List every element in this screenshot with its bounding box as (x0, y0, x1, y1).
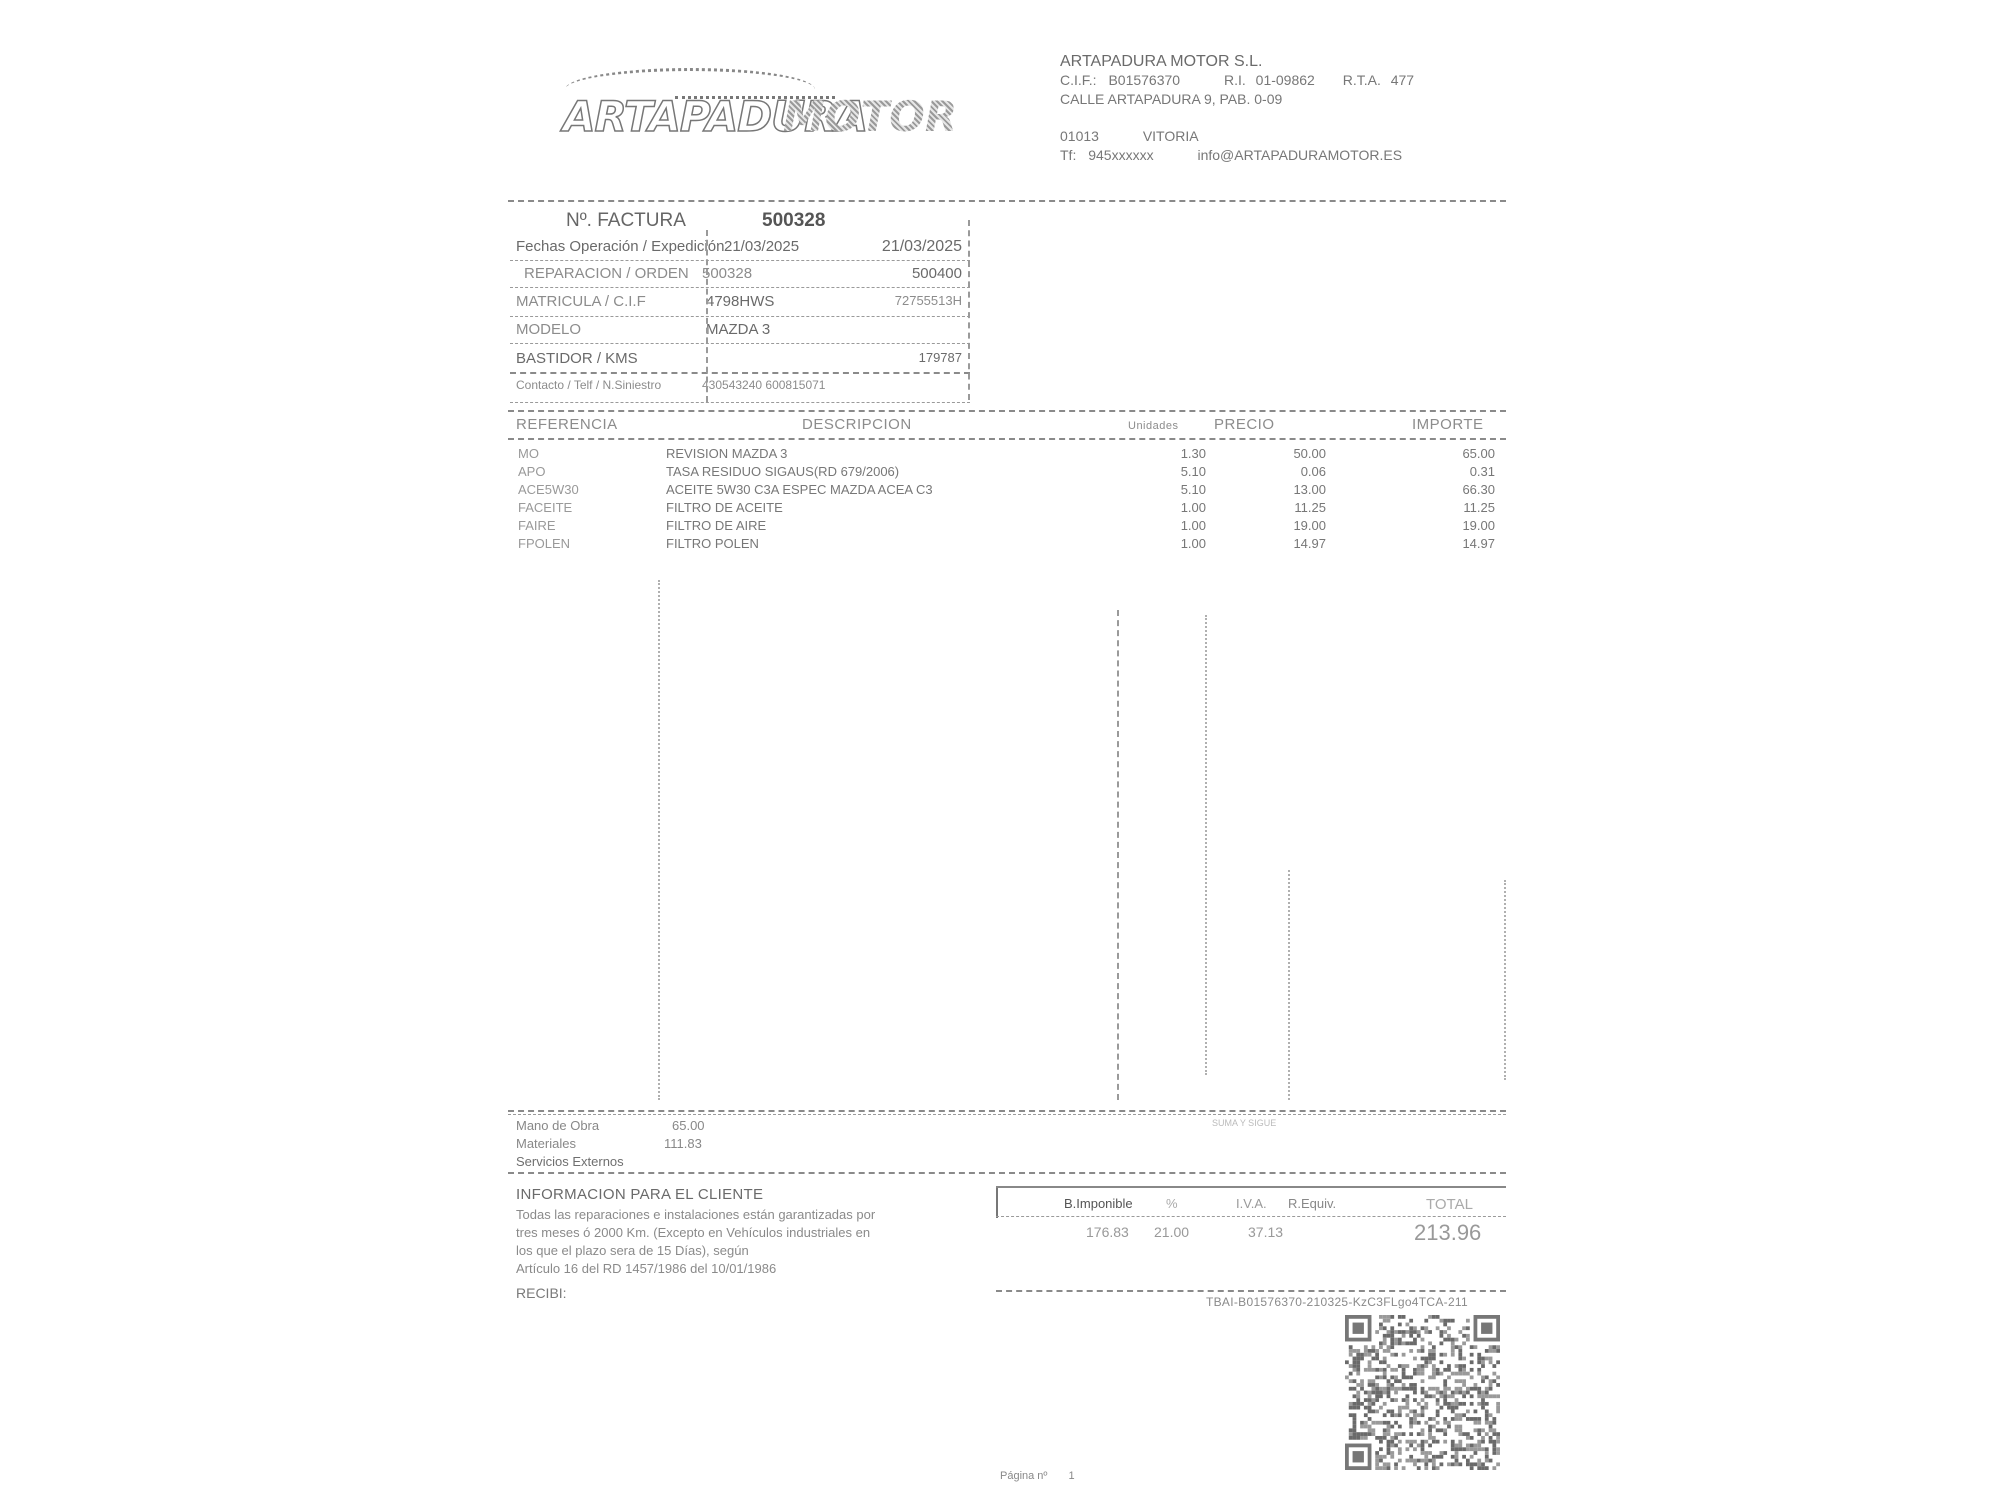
divider (658, 580, 660, 1100)
table-top-rule (508, 410, 1506, 412)
ri-label: R.I. (1224, 71, 1246, 90)
client-cif: 72755513H (895, 293, 962, 308)
materials-label: Materiales (516, 1136, 576, 1151)
postal-code: 01013 (1060, 127, 1099, 146)
price-cell: 11.25 (1212, 500, 1326, 515)
company-city-row: 01013 VITORIA (1060, 127, 1414, 146)
description-cell: FILTRO DE ACEITE (666, 500, 783, 515)
divider (996, 1186, 1506, 1188)
tbai-code: TBAI-B01576370-210325-KzC3FLgo4TCA-211 (1206, 1295, 1468, 1309)
units-cell: 1.00 (1122, 518, 1206, 533)
description-cell: TASA RESIDUO SIGAUS(RD 679/2006) (666, 464, 899, 479)
chassis-label: BASTIDOR / KMS (516, 350, 638, 367)
company-phone: 945xxxxxx (1088, 146, 1153, 165)
description-cell: FILTRO POLEN (666, 536, 759, 551)
page-number: Página nº 1 (1000, 1470, 1075, 1482)
external-label: Servicios Externos (516, 1154, 624, 1169)
base-amount: 176.83 (1086, 1224, 1129, 1240)
company-cif: B01576370 (1108, 71, 1180, 90)
dates-row: Fechas Operación / Expedición 21/03/2025… (510, 234, 970, 260)
col-header-units: Unidades (1128, 420, 1178, 432)
equiv-label: R.Equiv. (1288, 1196, 1336, 1211)
table-bottom-rule (508, 1110, 1506, 1112)
pct-label: % (1166, 1196, 1178, 1211)
phone-label: Tf: (1060, 146, 1076, 165)
company-email: info@ARTAPADURAMOTOR.ES (1197, 146, 1402, 165)
page-value: 1 (1069, 1470, 1075, 1482)
company-address: CALLE ARTAPADURA 9, PAB. 0-09 (1060, 90, 1414, 109)
amount-cell: 65.00 (1390, 446, 1495, 461)
table-row: APOTASA RESIDUO SIGAUS(RD 679/2006)5.100… (510, 464, 1505, 482)
repair-row: REPARACION / ORDEN 500328 500400 (510, 261, 970, 287)
units-cell: 1.00 (1122, 500, 1206, 515)
table-row: FPOLENFILTRO POLEN1.0014.9714.97 (510, 536, 1505, 554)
reference-cell: MO (518, 446, 539, 461)
col-header-description: DESCRIPCION (802, 416, 912, 433)
logo-text-secondary: MOTOR (783, 92, 957, 141)
client-info-title: INFORMACION PARA EL CLIENTE (516, 1186, 916, 1204)
divider (996, 1216, 1506, 1217)
operation-date: 21/03/2025 (724, 238, 799, 255)
divider (510, 343, 970, 344)
reference-cell: ACE5W30 (518, 482, 579, 497)
description-cell: REVISION MAZDA 3 (666, 446, 787, 461)
reference-cell: APO (518, 464, 545, 479)
rta-label: R.T.A. (1343, 71, 1381, 90)
labor-label: Mano de Obra (516, 1118, 599, 1133)
divider (968, 220, 970, 400)
company-logo: ARTAPADURA MOTOR (555, 62, 925, 142)
plate: 4798HWS (706, 293, 774, 310)
amount-cell: 19.00 (1390, 518, 1495, 533)
summary-rule (508, 1172, 1506, 1174)
invoice-number: 500328 (762, 210, 825, 232)
col-header-reference: REFERENCIA (516, 416, 618, 433)
price-cell: 50.00 (1212, 446, 1326, 461)
units-cell: 1.30 (1122, 446, 1206, 461)
divider (996, 1290, 1506, 1292)
contact-row: Contacto / Telf / N.Siniestro 430543240 … (510, 374, 970, 400)
materials-amount: 111.83 (664, 1136, 702, 1151)
divider (996, 1186, 998, 1218)
price-cell: 19.00 (1212, 518, 1326, 533)
table-bottom-rule-2 (508, 1114, 1506, 1115)
divider (510, 287, 970, 288)
vat-pct: 21.00 (1154, 1224, 1189, 1240)
base-label: B.Imponible (1064, 1196, 1133, 1211)
client-info-line: los que el plazo sera de 15 Días), según (516, 1242, 916, 1260)
reference-cell: FPOLEN (518, 536, 570, 551)
table-row: FAIREFILTRO DE AIRE1.0019.0019.00 (510, 518, 1505, 536)
repair-number: 500328 (702, 265, 752, 282)
chassis-row: BASTIDOR / KMS 179787 (510, 346, 970, 372)
description-cell: FILTRO DE AIRE (666, 518, 766, 533)
price-cell: 0.06 (1212, 464, 1326, 479)
company-contact-row: Tf: 945xxxxxx info@ARTAPADURAMOTOR.ES (1060, 146, 1414, 165)
reference-cell: FAIRE (518, 518, 556, 533)
page-label: Página nº (1000, 1470, 1047, 1482)
plate-label: MATRICULA / C.I.F (516, 293, 646, 310)
model-row: MODELO MAZDA 3 (510, 317, 970, 343)
client-info-line: tres meses ó 2000 Km. (Excepto en Vehícu… (516, 1224, 916, 1242)
company-ids: C.I.F.: B01576370 R.I. 01-09862 R.T.A. 4… (1060, 71, 1414, 90)
units-cell: 1.00 (1122, 536, 1206, 551)
client-info-line: Artículo 16 del RD 1457/1986 del 10/01/1… (516, 1260, 916, 1278)
company-ri: 01-09862 (1256, 71, 1315, 90)
totals-box: B.Imponible % I.V.A. R.Equiv. TOTAL 176.… (996, 1186, 1506, 1292)
total-amount: 213.96 (1414, 1220, 1481, 1246)
model: MAZDA 3 (706, 321, 770, 338)
invoice-number-row: Nº. FACTURA 500328 (510, 206, 970, 236)
divider (1205, 615, 1207, 1075)
vat-label: I.V.A. (1236, 1196, 1267, 1211)
contact-label: Contacto / Telf / N.Siniestro (516, 378, 661, 392)
col-header-price: PRECIO (1214, 416, 1275, 433)
kms: 179787 (919, 350, 962, 365)
labor-amount: 65.00 (672, 1118, 705, 1133)
company-header: ARTAPADURA MOTOR S.L. C.I.F.: B01576370 … (1060, 52, 1414, 165)
vat-amount: 37.13 (1248, 1224, 1283, 1240)
table-row: ACE5W30ACEITE 5W30 C3A ESPEC MAZDA ACEA … (510, 482, 1505, 500)
divider (1504, 880, 1506, 1080)
client-info: INFORMACION PARA EL CLIENTE Todas las re… (516, 1186, 916, 1302)
client-info-line: Todas las reparaciones e instalaciones e… (516, 1206, 916, 1224)
sum-label: SUMA Y SIGUE (1212, 1118, 1276, 1128)
cif-label: C.I.F.: (1060, 71, 1097, 90)
units-cell: 5.10 (1122, 464, 1206, 479)
amount-cell: 66.30 (1390, 482, 1495, 497)
amount-cell: 11.25 (1390, 500, 1495, 515)
units-cell: 5.10 (1122, 482, 1206, 497)
model-label: MODELO (516, 321, 581, 338)
amount-cell: 14.97 (1390, 536, 1495, 551)
total-label: TOTAL (1426, 1196, 1473, 1213)
company-name: ARTAPADURA MOTOR S.L. (1060, 52, 1414, 71)
col-header-amount: IMPORTE (1412, 416, 1484, 433)
table-row: FACEITEFILTRO DE ACEITE1.0011.2511.25 (510, 500, 1505, 518)
price-cell: 13.00 (1212, 482, 1326, 497)
dates-label: Fechas Operación / Expedición (516, 238, 724, 255)
divider (510, 402, 970, 403)
contact: 430543240 600815071 (702, 378, 825, 392)
price-cell: 14.97 (1212, 536, 1326, 551)
invoice-number-label: Nº. FACTURA (566, 210, 686, 232)
divider (706, 230, 708, 402)
reference-cell: FACEITE (518, 500, 572, 515)
description-cell: ACEITE 5W30 C3A ESPEC MAZDA ACEA C3 (666, 482, 933, 497)
repair-label: REPARACION / ORDEN (524, 265, 689, 282)
received-label: RECIBI: (516, 1284, 916, 1302)
table-header-rule (508, 438, 1506, 440)
table-row: MOREVISION MAZDA 31.3050.0065.00 (510, 446, 1505, 464)
plate-row: MATRICULA / C.I.F 4798HWS 72755513H (510, 289, 970, 315)
divider (1117, 610, 1119, 1100)
city: VITORIA (1143, 127, 1199, 146)
qr-code-icon (1345, 1315, 1500, 1470)
divider (1288, 870, 1290, 1100)
issue-date: 21/03/2025 (882, 238, 962, 256)
header-rule (508, 200, 1506, 202)
amount-cell: 0.31 (1390, 464, 1495, 479)
company-rta: 477 (1391, 71, 1414, 90)
order-number: 500400 (912, 265, 962, 282)
